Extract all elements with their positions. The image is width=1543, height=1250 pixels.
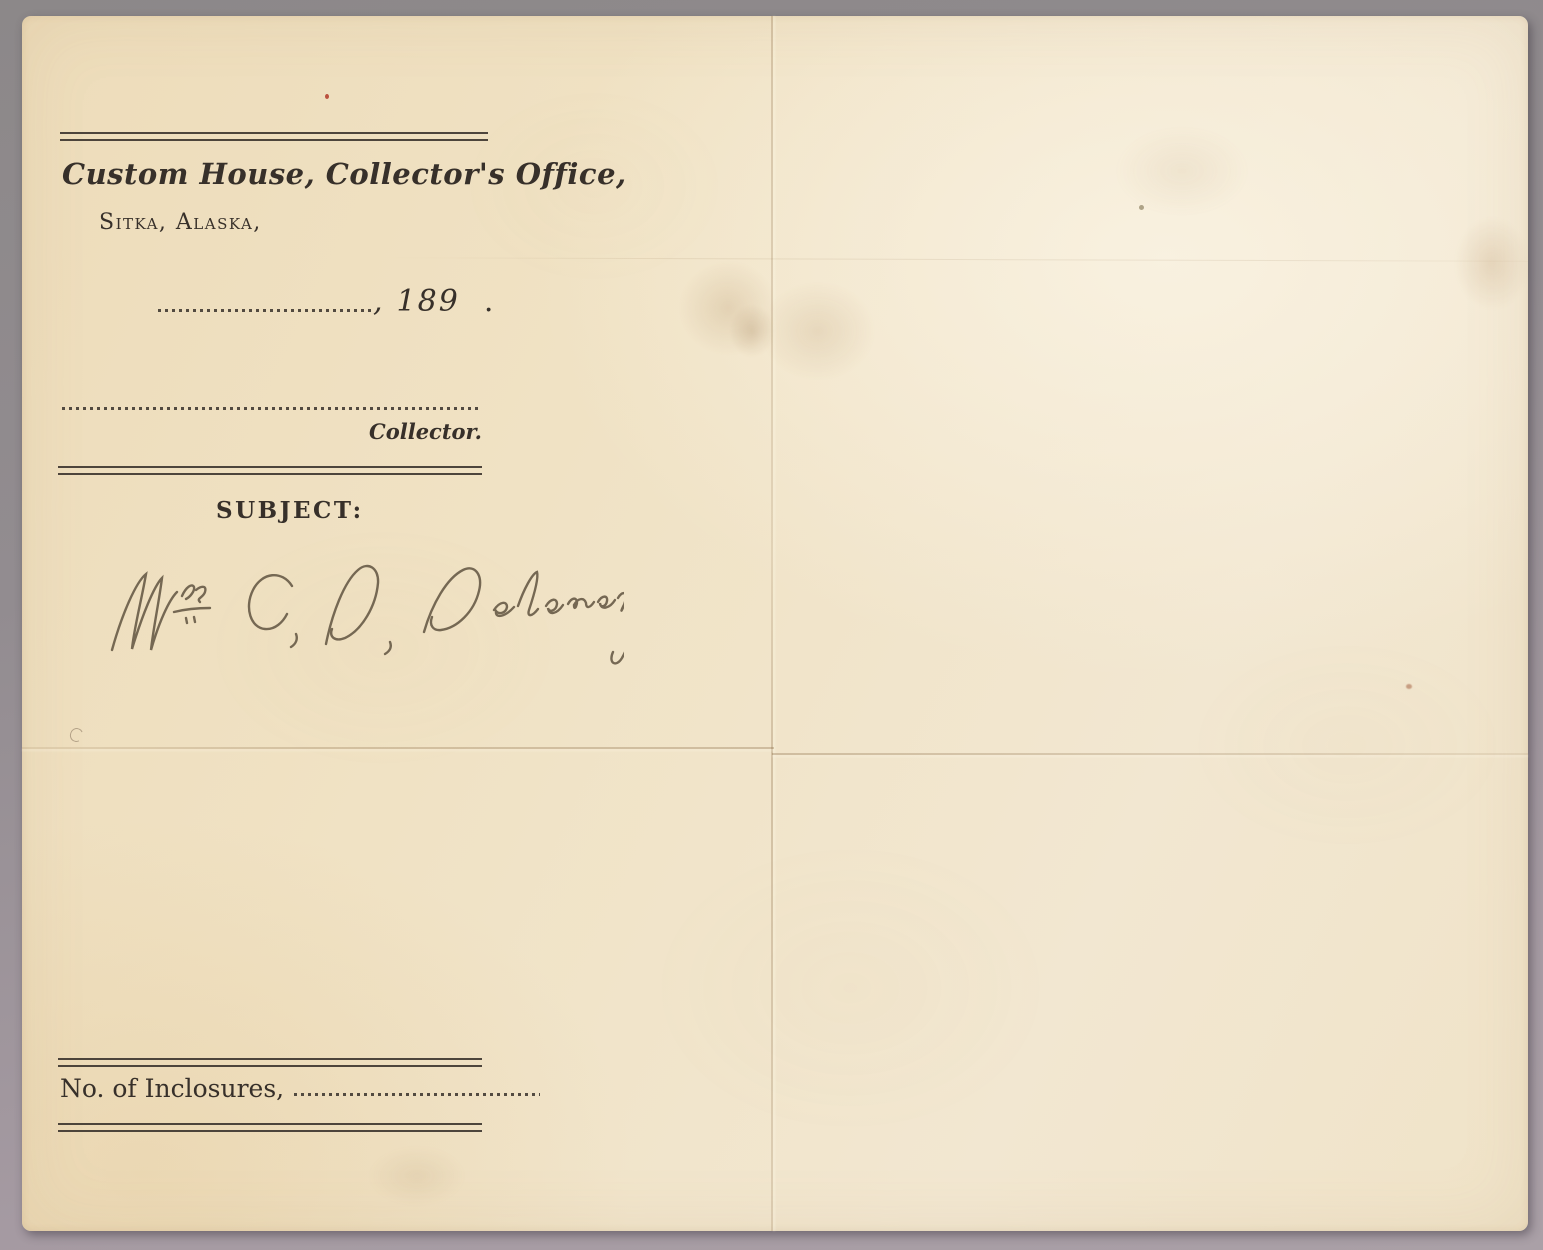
date-period: . <box>484 284 494 319</box>
inclosures-blank-line <box>294 1093 540 1096</box>
fingerprint-stain <box>660 242 796 374</box>
upper-faint-crease <box>382 257 1528 262</box>
red-speck <box>325 94 329 99</box>
middle-double-rule <box>58 466 482 475</box>
location-title: Sitka, Alaska, <box>99 210 262 235</box>
top-right-stain <box>1092 111 1272 231</box>
vertical-fold-crease <box>771 16 773 1231</box>
bottom-lower-double-rule <box>58 1123 482 1132</box>
inclosures-line: No. of Inclosures, <box>60 1074 540 1103</box>
horizontal-fold-crease-left <box>22 747 774 749</box>
bottom-left-stain <box>352 1136 482 1216</box>
date-blank-line <box>158 309 372 312</box>
scan-background: Custom House, Collector's Office, Sitka,… <box>0 0 1543 1250</box>
handwritten-signature <box>104 552 624 687</box>
top-double-rule <box>60 132 488 141</box>
dark-speck <box>1139 205 1144 210</box>
pencil-mark <box>68 726 85 744</box>
horizontal-fold-crease-right <box>772 753 1528 755</box>
inclosures-label: No. of Inclosures, <box>60 1074 284 1103</box>
bottom-upper-double-rule <box>58 1058 482 1067</box>
brown-speck <box>1406 684 1412 689</box>
date-year: 189 <box>397 284 460 319</box>
collector-label: Collector. <box>62 419 482 444</box>
collector-signature-blank-line <box>62 407 480 410</box>
fingerprint-stain-core <box>722 296 782 366</box>
document-paper: Custom House, Collector's Office, Sitka,… <box>22 16 1528 1231</box>
date-comma: , <box>373 284 383 319</box>
fingerprint-stain <box>738 262 898 400</box>
right-edge-stain <box>1442 201 1542 326</box>
date-line: , 189 . <box>158 284 493 319</box>
subject-label: SUBJECT: <box>216 497 364 524</box>
office-title: Custom House, Collector's Office, <box>62 157 627 191</box>
